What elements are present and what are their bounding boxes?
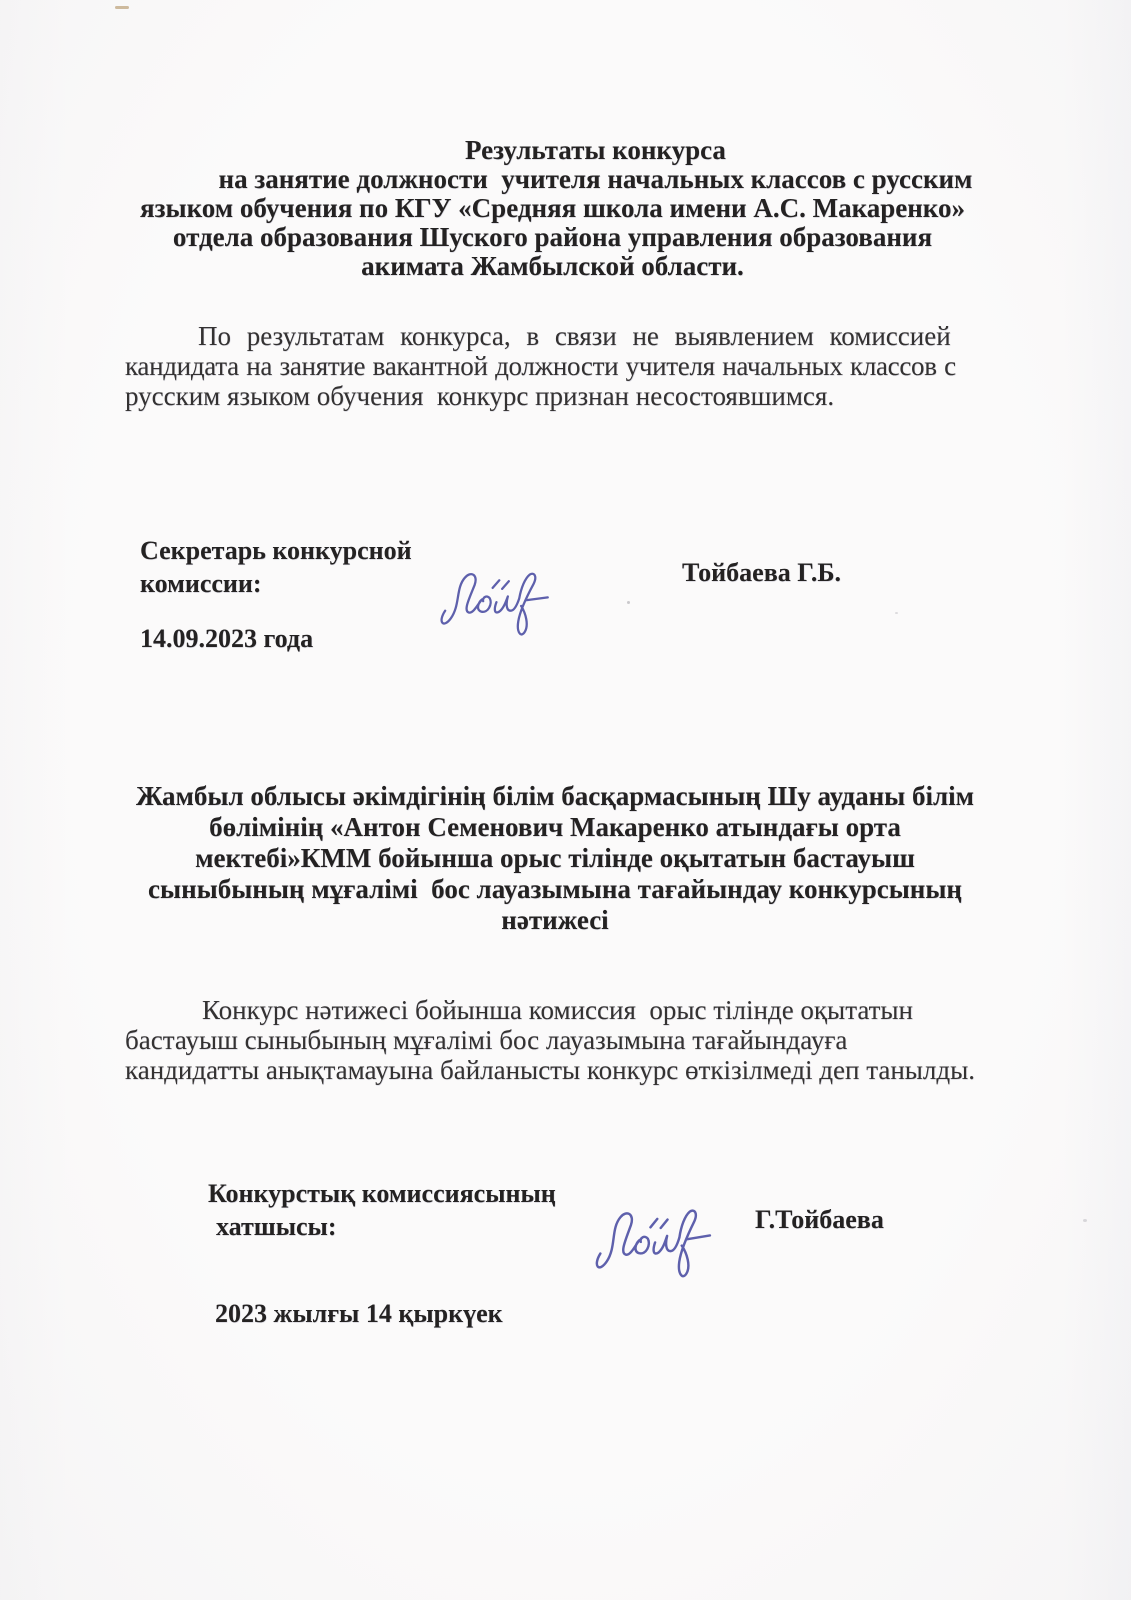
scan-speckle (627, 601, 630, 604)
title-line: нәтижесі (75, 905, 1035, 936)
paragraph-line: бастауыш сыныбының мұғалімі бос лауазымы… (125, 1025, 1025, 1055)
paragraph-line: По результатам конкурса, в связи не выяв… (125, 321, 1025, 351)
scanned-document-page: Результаты конкурса на занятие должности… (0, 0, 1131, 1600)
document-date-kazakh: 2023 жылғы 14 қыркүек (215, 1299, 503, 1329)
title-line: сыныбының мұғалімі бос лауазымына тағайы… (75, 874, 1035, 905)
title-line: языком обучения по КГУ «Средняя школа им… (117, 194, 988, 223)
secretary-role-line: хатшысы: (208, 1210, 556, 1243)
scan-artifact-mark (115, 6, 129, 9)
paragraph-line: Конкурс нәтижесі бойынша комиссия орыс т… (125, 995, 1025, 1025)
title-line: бөлімінің «Антон Семенович Макаренко аты… (75, 812, 1035, 843)
signature-stroke (442, 574, 548, 635)
paragraph-line: русским языком обучения конкурс признан … (125, 381, 1025, 411)
secretary-name-kazakh: Г.Тойбаева (755, 1205, 884, 1235)
paragraph-russian: По результатам конкурса, в связи не выяв… (125, 321, 1025, 411)
secretary-name-russian: Тойбаева Г.Б. (682, 558, 841, 588)
handwritten-signature (430, 548, 580, 643)
title-line: на занятие должности учителя начальных к… (160, 165, 1031, 194)
title-line: отдела образования Шуского района управл… (117, 223, 988, 252)
handwritten-signature (581, 1181, 746, 1289)
secretary-role-line: Секретарь конкурсной (140, 534, 412, 567)
secretary-role-russian: Секретарь конкурсной комиссии: (140, 534, 412, 600)
title-line: Результаты конкурса (160, 136, 1031, 165)
document-date-russian: 14.09.2023 года (140, 624, 313, 654)
scan-speckle (1083, 1219, 1087, 1222)
document-title-russian: Результаты конкурса на занятие должности… (117, 136, 988, 281)
title-line: акимата Жамбылской области. (117, 252, 988, 281)
secretary-role-line: Конкурстық комиссиясының (208, 1177, 556, 1210)
signature-stroke (595, 1210, 711, 1279)
paragraph-line: кандидата на занятие вакантной должности… (125, 351, 1025, 381)
secretary-role-line: комиссии: (140, 567, 412, 600)
document-title-kazakh: Жамбыл облысы әкімдігінің білім басқарма… (75, 781, 1035, 936)
paragraph-line: кандидатты анықтамауына байланысты конку… (125, 1055, 1025, 1085)
title-line: Жамбыл облысы әкімдігінің білім басқарма… (75, 781, 1035, 812)
secretary-role-kazakh: Конкурстық комиссиясының хатшысы: (208, 1177, 556, 1243)
scan-speckle (895, 612, 898, 614)
paragraph-kazakh: Конкурс нәтижесі бойынша комиссия орыс т… (125, 995, 1025, 1085)
title-line: мектебі»КММ бойынша орыс тілінде оқытаты… (75, 843, 1035, 874)
